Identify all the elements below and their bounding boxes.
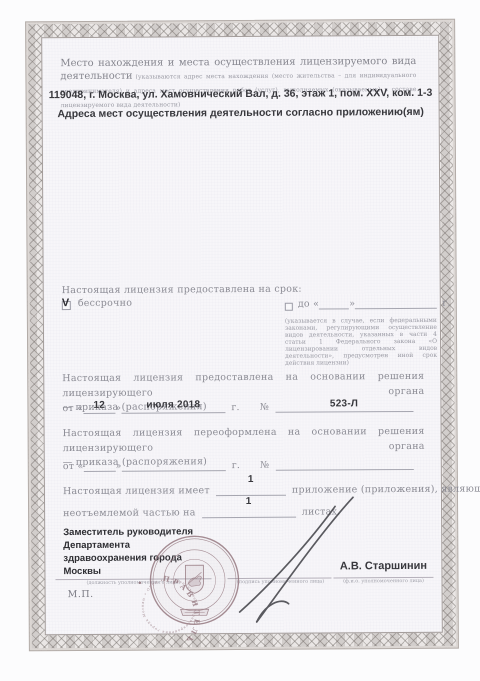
term-note: (указывается в случае, если федеральными… xyxy=(285,317,437,367)
granted-line1: Настоящая лицензия предоставлена на осно… xyxy=(62,370,424,401)
license-address: 119048, г. Москва, ул. Хамовнический Вал… xyxy=(42,87,438,101)
pen-signature xyxy=(229,491,362,630)
location-paragraph: Место нахождения и места осуществления л… xyxy=(60,54,416,111)
until-day-line xyxy=(319,296,349,309)
reissued-date-line xyxy=(122,458,226,472)
scanned-license-page: Место нахождения и места осуществления л… xyxy=(0,0,480,681)
term-label: Настоящая лицензия предоставлена на срок… xyxy=(62,284,302,296)
granted-day-line: 12 xyxy=(83,401,115,414)
granted-date-line: июля 2018 xyxy=(121,400,225,414)
moscow-coat-of-arms xyxy=(185,565,203,593)
until-date-line xyxy=(355,296,437,310)
license-sheet: Место нахождения и места осуществления л… xyxy=(25,19,459,652)
attachments-before-sheets: неотъемлемой частью на xyxy=(63,507,196,519)
license-content-area: Место нахождения и места осуществления л… xyxy=(41,35,443,635)
reissued-day-line xyxy=(84,459,116,472)
year-label: г. xyxy=(232,460,241,471)
attachments-before-count: Настоящая лицензия имеет xyxy=(63,485,210,497)
granted-order-row: от « 12 » июля 2018 г. № 523-Л xyxy=(62,399,413,414)
number-label: № xyxy=(260,460,269,471)
from-label: от « xyxy=(63,461,84,472)
until-label: до « xyxy=(298,299,319,310)
addresses-per-annex-note: Адреса мест осуществления деятельности с… xyxy=(43,106,439,120)
until-year-suffix: г. xyxy=(442,298,451,309)
year-label: г. xyxy=(231,402,240,413)
reissued-order-row: от « » г. № xyxy=(63,457,414,472)
perpetual-checkbox: V xyxy=(62,301,71,310)
stamp-place-mark: М.П. xyxy=(68,589,94,600)
granted-number: 523-Л xyxy=(330,398,358,409)
term-perpetual-option: V бессрочно xyxy=(62,298,132,309)
number-label: № xyxy=(260,402,269,413)
seal-bottom-banner xyxy=(181,609,209,615)
granted-month-year: июля 2018 xyxy=(146,399,200,410)
checkmark-icon: V xyxy=(62,297,70,309)
reissued-number-line xyxy=(275,457,413,471)
attachments-count: 1 xyxy=(248,474,254,485)
reissued-line1: Настоящая лицензия переоформлена на осно… xyxy=(63,425,425,456)
from-label: от « xyxy=(62,403,83,414)
granted-number-line: 523-Л xyxy=(275,399,413,413)
term-until-option: до « » г. xyxy=(285,296,451,310)
perpetual-label: бессрочно xyxy=(78,298,132,309)
granted-day: 12 xyxy=(93,400,105,411)
until-checkbox xyxy=(285,303,293,311)
